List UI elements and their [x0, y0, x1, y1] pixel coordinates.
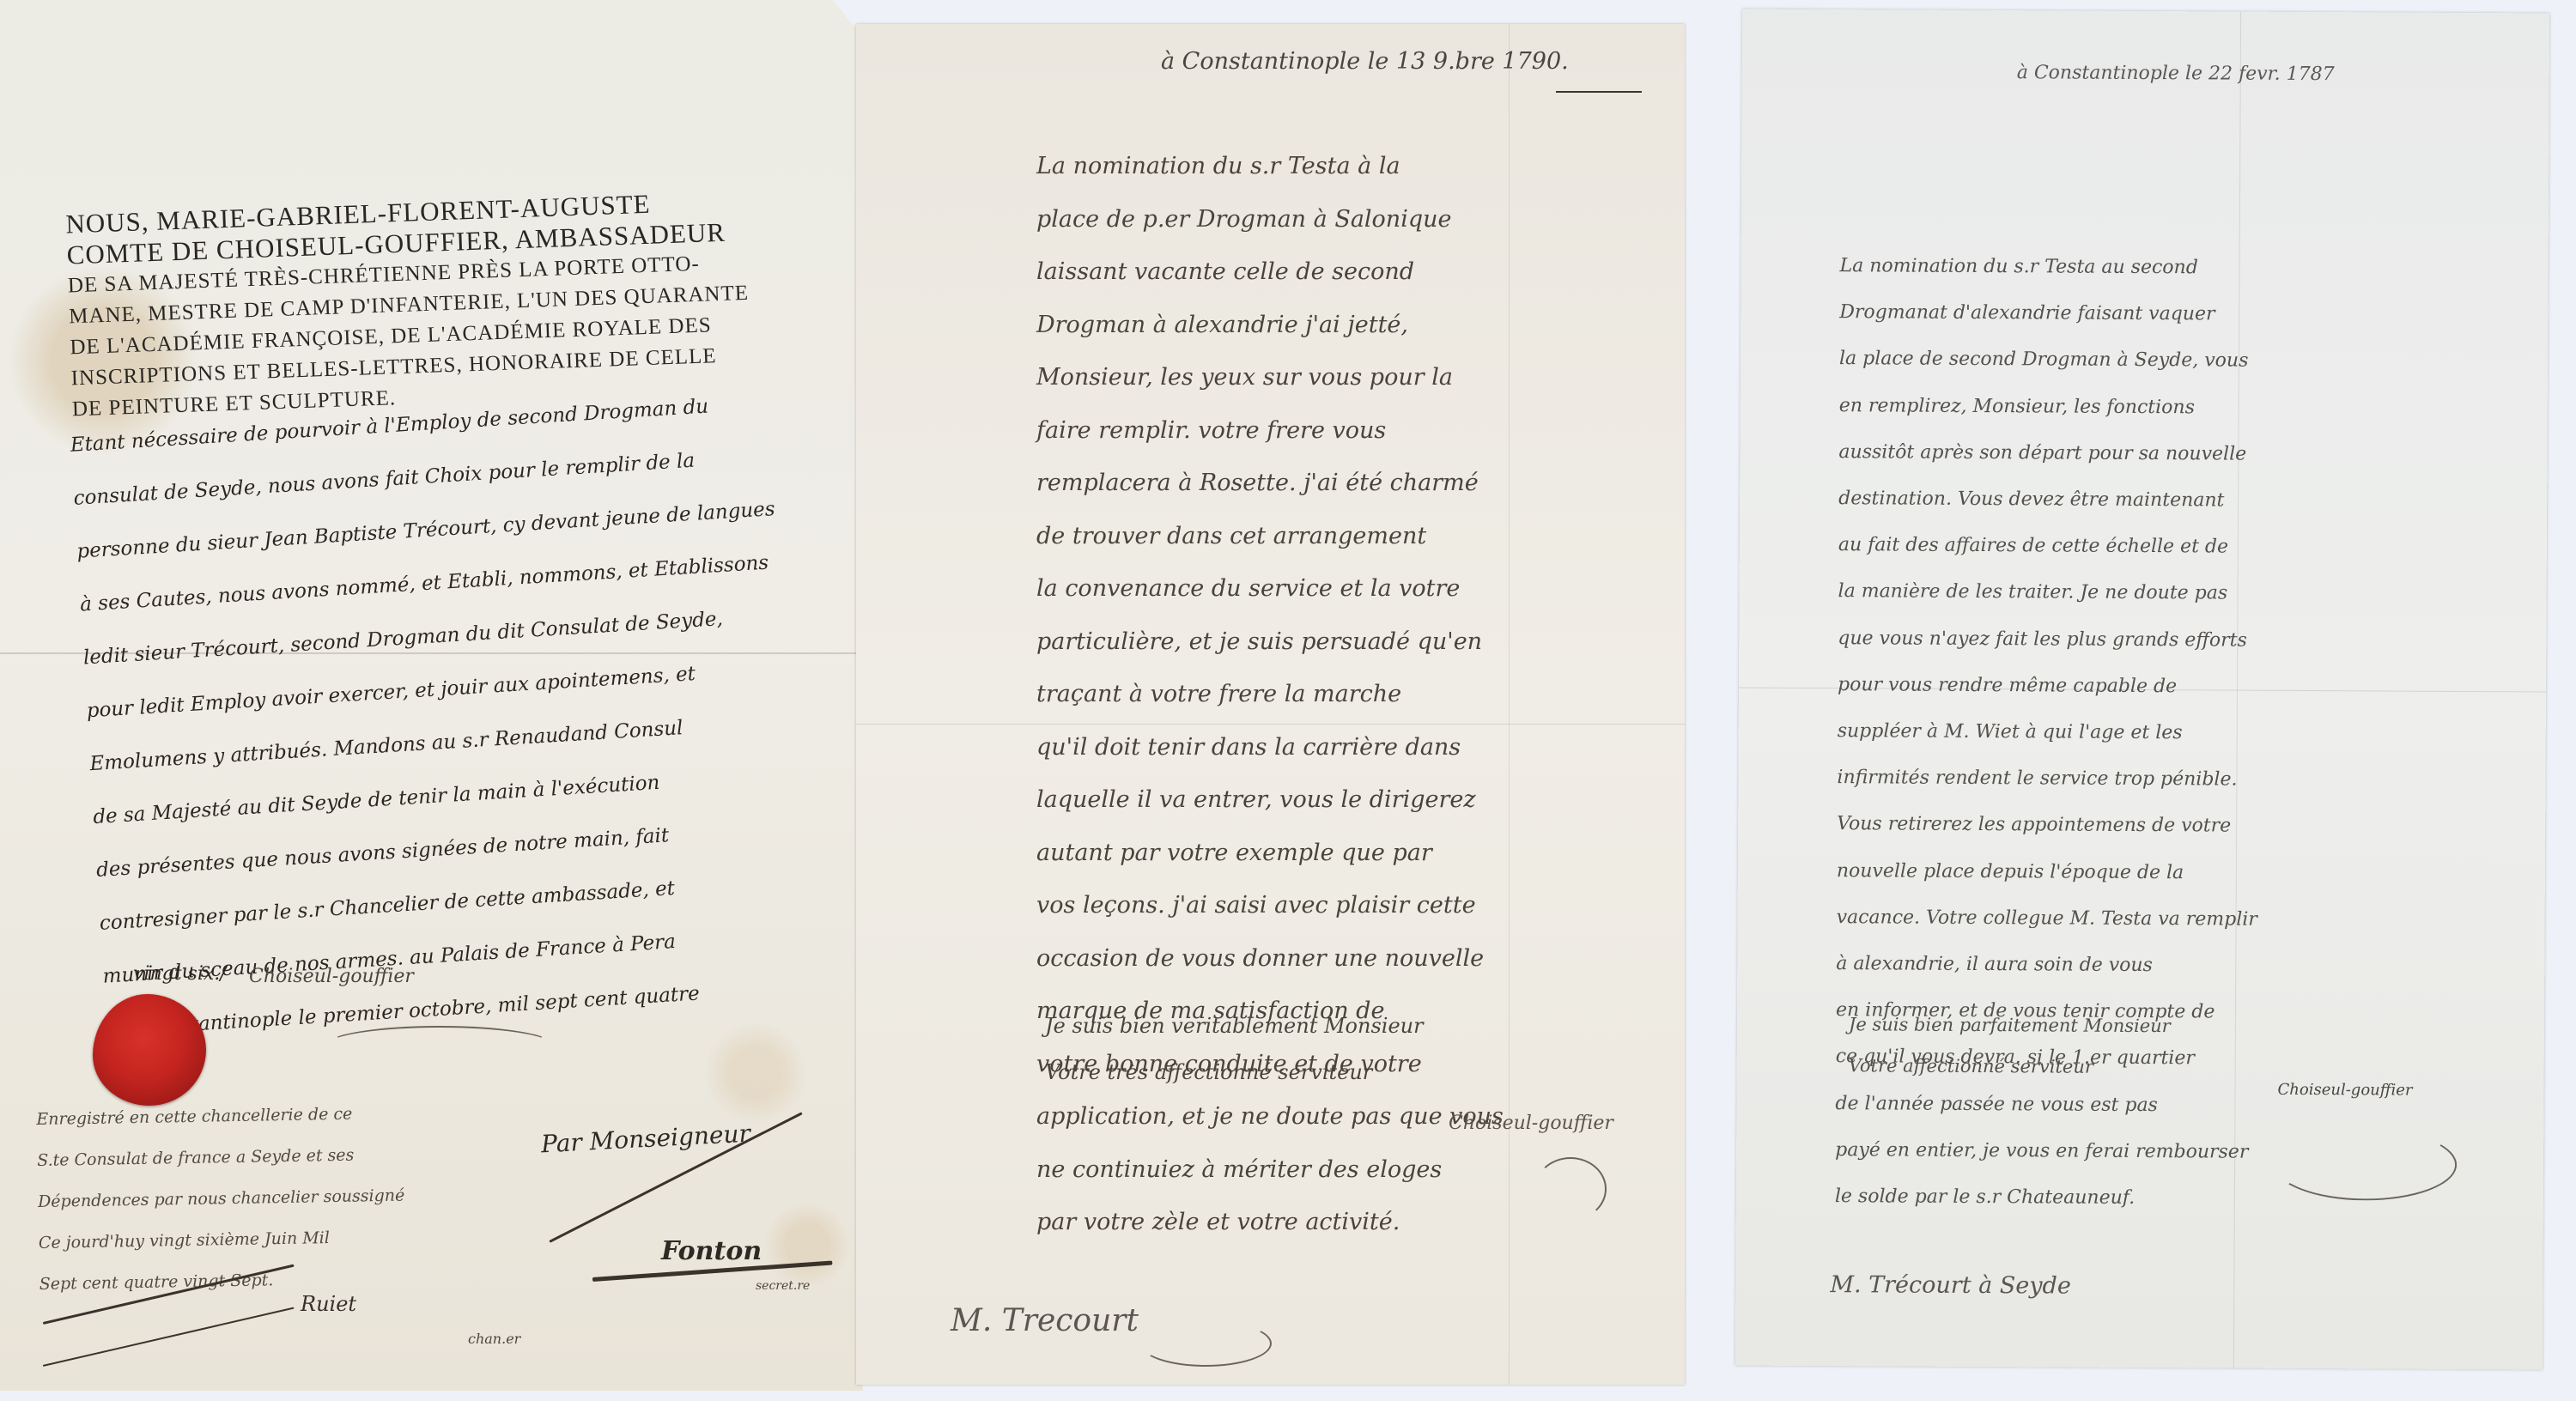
secretary-signature: Fonton	[661, 1236, 762, 1266]
letter-line: Vous retirerez les appointemens de votre	[1837, 802, 2258, 851]
chancellor-signature: Ruiet	[301, 1292, 356, 1316]
letter-line: laissant vacante celle de second	[1036, 246, 1504, 299]
letter-line: pour vous rendre même capable de	[1838, 662, 2259, 711]
address-flourish	[1139, 1320, 1272, 1367]
letter-line: vacance. Votre collegue M. Testa va remp…	[1836, 895, 2257, 943]
letter-line: de l'année passée ne vous est pas	[1835, 1081, 2257, 1130]
registration-note: Enregistré en cette chancellerie de ce S…	[36, 1093, 406, 1305]
letter-line: au fait des affaires de cette échelle et…	[1838, 522, 2260, 571]
letter-line: traçant à votre frere la marche	[1036, 668, 1504, 721]
commission-handwritten-body: Etant nécessaire de pourvoir à l'Employ …	[69, 376, 805, 1056]
letter-line: payé en entier, je vous en ferai rembour…	[1835, 1127, 2257, 1176]
letter-line: faire remplir. votre frere vous	[1036, 404, 1504, 458]
letter-address: M. Trecourt	[951, 1303, 1139, 1338]
letter-line: Drogman à alexandrie j'ai jetté,	[1036, 299, 1504, 352]
handwritten-line: vingt six./	[133, 963, 227, 985]
signature-flourish	[2273, 1128, 2457, 1201]
letter-line: en remplirez, Monsieur, les fonctions	[1839, 383, 2261, 432]
letter-line: place de p.er Drogman à Salonique	[1036, 193, 1504, 246]
letter-line: La nomination du s.r Testa à la	[1036, 140, 1504, 193]
letter-line: application, et je ne doute pas que vous	[1036, 1090, 1504, 1143]
letter-line: destination. Vous devez être maintenant	[1838, 476, 2260, 525]
closing-line: Je suis bien veritablement Monsieur	[1045, 1003, 1424, 1049]
chancellor-title: chan.er	[468, 1331, 520, 1347]
ambassador-signature: Choiseul-gouffier	[249, 966, 414, 987]
letter-line: suppléer à M. Wiet à qui l'age et les	[1838, 708, 2259, 757]
letter-line: La nomination du s.r Testa au second	[1839, 243, 2261, 292]
letter-closing: Je suis bien parfaitement Monsieur Votre…	[1849, 1004, 2171, 1088]
letter-line: Monsieur, les yeux sur vous pour la	[1036, 351, 1504, 404]
letter-1790: à Constantinople le 13 9.bre 1790. La no…	[856, 24, 1685, 1385]
secretary-title: secret.re	[756, 1279, 810, 1293]
letter-line: aussitôt après son départ pour sa nouvel…	[1838, 429, 2260, 478]
letter-line: Drogmanat d'alexandrie faisant vaquer	[1839, 289, 2261, 338]
letter-line: par votre zèle et votre activité.	[1036, 1196, 1504, 1249]
letter-signature: Choiseul-gouffier	[1449, 1113, 1613, 1134]
registration-line: Ce jourd'huy vingt sixième Juin Mil	[39, 1216, 406, 1264]
closing-line: Je suis bien parfaitement Monsieur	[1849, 1004, 2171, 1046]
signature-flourish	[326, 1026, 553, 1064]
letter-line: nouvelle place depuis l'époque de la	[1837, 848, 2258, 897]
letter-line: le solde par le s.r Chateauneuf.	[1835, 1174, 2257, 1222]
letter-line: particulière, et je suis persuadé qu'en	[1036, 616, 1504, 669]
letter-line: que vous n'ayez fait les plus grands eff…	[1838, 616, 2259, 664]
closing-line: Votre affectionné serviteur	[1849, 1045, 2171, 1088]
letter-line: occasion de vous donner une nouvelle	[1036, 932, 1504, 986]
letter-line: la convenance du service et la votre	[1036, 562, 1504, 616]
letter-signature: Choiseul-gouffier	[2278, 1081, 2413, 1100]
letter-line: de trouver dans cet arrangement	[1036, 510, 1504, 563]
letter-closing: Je suis bien veritablement Monsieur Votr…	[1045, 1003, 1424, 1095]
red-wax-seal	[93, 994, 206, 1106]
signature-flourish	[1534, 1157, 1607, 1221]
letter-line: remplacera à Rosette. j'ai été charmé	[1036, 457, 1504, 510]
closing-line: Votre très affectionné serviteur	[1045, 1049, 1424, 1095]
letter-line: autant par votre exemple que par	[1036, 827, 1504, 880]
letter-line: laquelle il va entrer, vous le dirigerez	[1036, 773, 1504, 827]
letter-line: la place de second Drogman à Seyde, vous	[1839, 337, 2261, 385]
letter-line: ne continuiez à mériter des eloges	[1036, 1143, 1504, 1197]
letter-line: à alexandrie, il aura soin de vous	[1836, 941, 2257, 990]
letter-line: qu'il doit tenir dans la carrière dans	[1036, 721, 1504, 774]
letter-line: la manière de les traiter. Je ne doute p…	[1838, 569, 2259, 618]
letter-line: vos leçons. j'ai saisi avec plaisir cett…	[1036, 879, 1504, 932]
letter-dateline: à Constantinople le 13 9.bre 1790.	[1161, 48, 1569, 75]
commission-document: Nous, Marie-Gabriel-Florent-Auguste Comt…	[0, 0, 867, 1391]
letter-address: M. Trécourt à Seyde	[1830, 1271, 2071, 1299]
registration-line: S.te Consulat de france a Seyde et ses	[37, 1134, 404, 1181]
dateline-underline	[1556, 91, 1642, 93]
letter-dateline: à Constantinople le 22 fevr. 1787	[2017, 62, 2335, 85]
letter-1787: à Constantinople le 22 fevr. 1787 La nom…	[1735, 9, 2549, 1370]
registration-line: Enregistré en cette chancellerie de ce	[36, 1093, 404, 1140]
paper-fold	[1509, 24, 1510, 1385]
registration-line: Dépendences par nous chancelier soussign…	[38, 1175, 405, 1222]
letter-line: infirmités rendent le service trop pénib…	[1837, 755, 2258, 804]
